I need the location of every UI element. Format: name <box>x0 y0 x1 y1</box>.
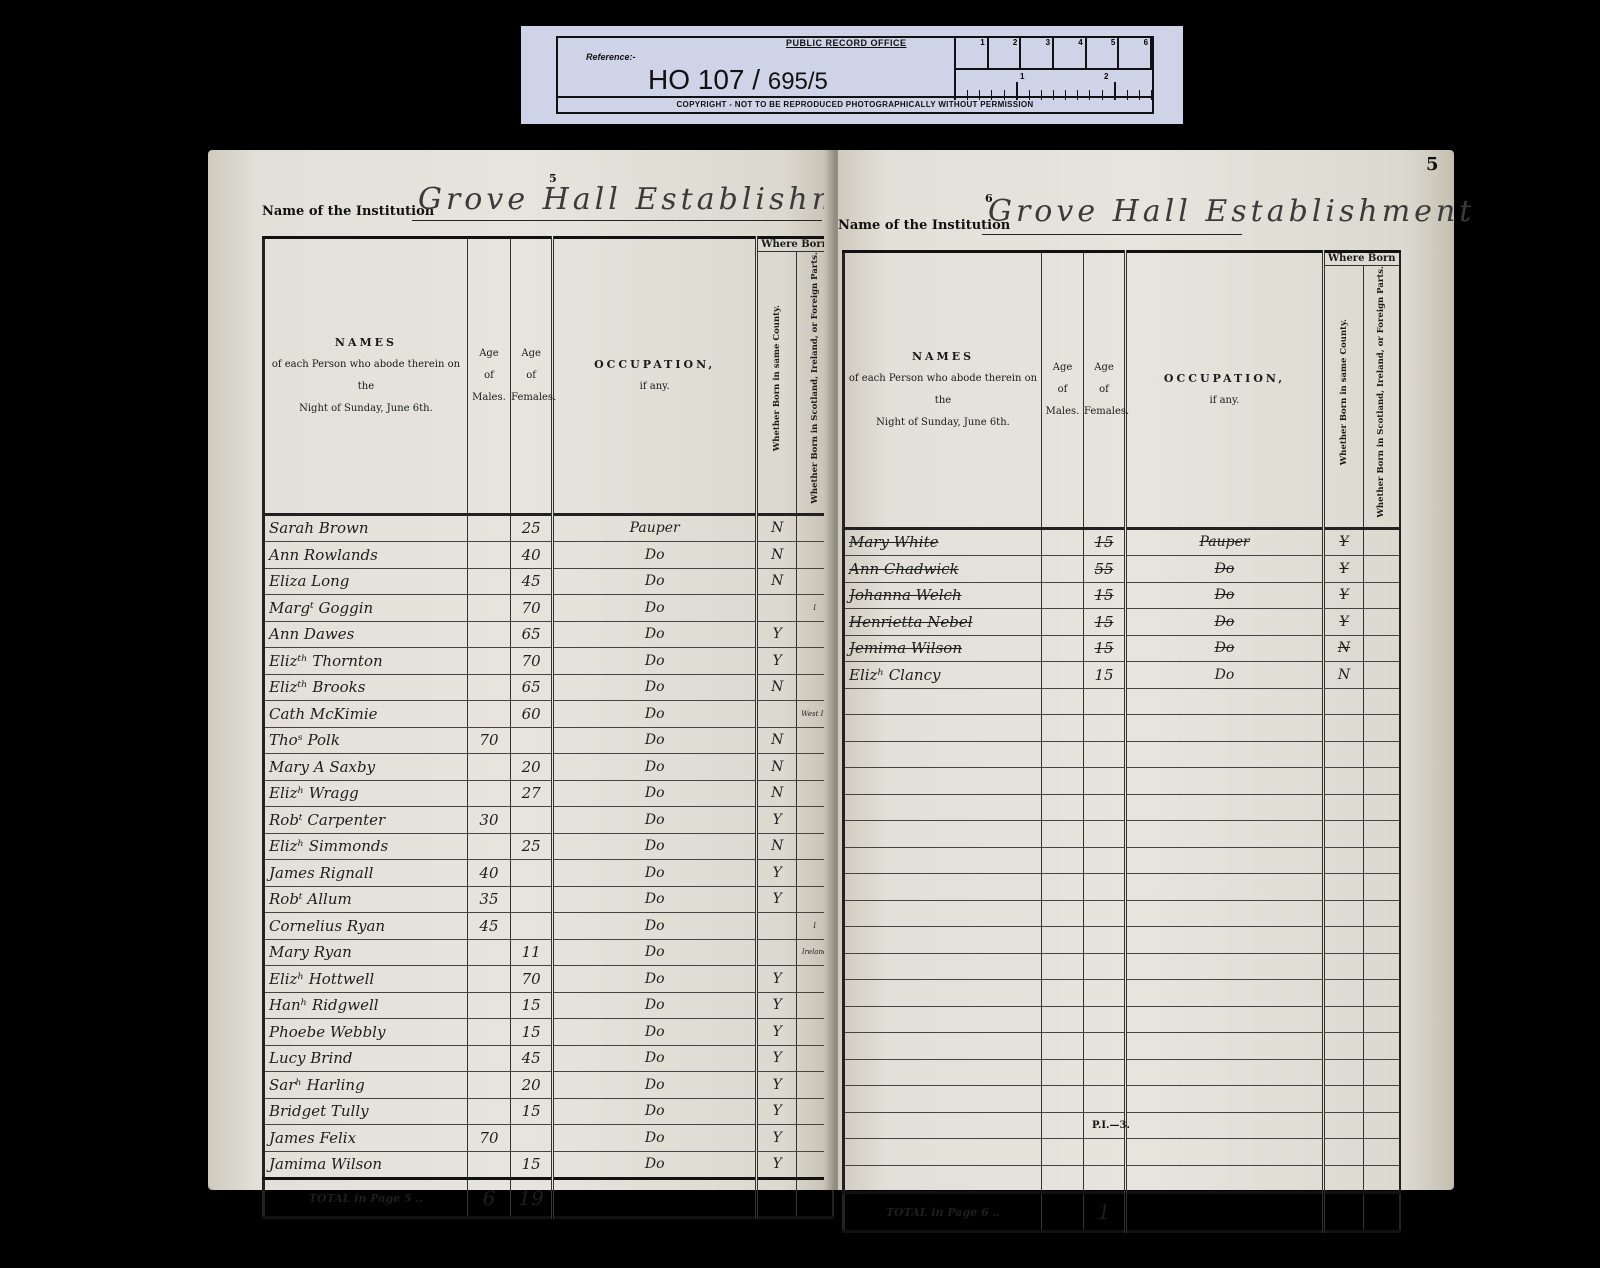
age-females-header: AgeofFemales. <box>1084 252 1126 529</box>
age-male: 30 <box>467 807 510 834</box>
age-female: 25 <box>511 833 553 860</box>
born-same-county: Y <box>1324 609 1364 636</box>
born-same-county <box>1324 688 1364 715</box>
born-foreign-parts <box>1364 927 1400 954</box>
names-title: NAMES <box>265 332 467 354</box>
age-female: 65 <box>511 621 553 648</box>
age-female <box>511 727 553 754</box>
age-male <box>467 1151 510 1179</box>
names-header: NAMES of each Person who abode therein o… <box>844 252 1042 529</box>
born-same-county <box>1324 821 1364 848</box>
born-same-county: Y <box>757 966 797 993</box>
table-row <box>844 874 1400 901</box>
census-book: Name of the Institution Grove Hall Estab… <box>208 150 1454 1190</box>
age-male <box>1042 900 1084 927</box>
born-foreign-parts <box>1364 1165 1400 1193</box>
occupation: Do <box>553 701 757 728</box>
age-male <box>1042 927 1084 954</box>
occupation <box>1126 874 1324 901</box>
institution-underline <box>412 220 822 221</box>
age-female <box>1084 1165 1126 1193</box>
table-row: Cornelius Ryan45DoI <box>264 913 834 940</box>
born-same-county <box>757 939 797 966</box>
table-row: Jemima Wilson15DoN <box>844 635 1400 662</box>
born-same-county: Y <box>757 886 797 913</box>
names-subtitle-date: Night of Sunday, June 6th. <box>845 412 1041 434</box>
person-name <box>844 688 1042 715</box>
person-name: Hanʰ Ridgwell <box>264 992 468 1019</box>
age-female: 15 <box>1084 582 1126 609</box>
born-same-county: N <box>757 780 797 807</box>
folio-number: 5 <box>1426 154 1439 175</box>
person-name <box>844 1086 1042 1113</box>
occupation <box>1126 1033 1324 1060</box>
scale-ruler: 1 2 3 4 5 6 1 2 <box>954 38 1152 100</box>
age-female: 15 <box>1084 662 1126 689</box>
institution-label: Name of the Institution <box>838 218 1010 233</box>
occupation <box>1126 821 1324 848</box>
occupation: Do <box>1126 635 1324 662</box>
total-males <box>1042 1193 1084 1232</box>
occupation <box>1126 1059 1324 1086</box>
names-title: NAMES <box>845 346 1041 368</box>
age-female <box>511 913 553 940</box>
occupation <box>1126 847 1324 874</box>
reference-frame: PUBLIC RECORD OFFICE Reference:- HO 107 … <box>556 36 1154 114</box>
occupation <box>1126 1165 1324 1193</box>
person-name: Robᵗ Allum <box>264 886 468 913</box>
reference-series: HO 107 / <box>648 64 760 95</box>
total-blank <box>1364 1193 1400 1232</box>
age-female: 60 <box>511 701 553 728</box>
born-foreign-parts <box>1364 1086 1400 1113</box>
occupation: Pauper <box>1126 528 1324 556</box>
ruler-mark: 4 <box>1054 38 1087 68</box>
age-female <box>511 807 553 834</box>
born-same-county <box>1324 1086 1364 1113</box>
record-office-title: PUBLIC RECORD OFFICE <box>786 38 907 48</box>
born-same-county: Y <box>1324 556 1364 583</box>
occupation: Do <box>553 595 757 622</box>
table-row: Elizᵗʰ Thornton70DoY <box>264 648 834 675</box>
born-same-county: N <box>757 542 797 569</box>
born-same-county <box>1324 953 1364 980</box>
table-row: Bridget Tully15DoY <box>264 1098 834 1125</box>
born-same-county: Y <box>757 1151 797 1179</box>
born-same-county <box>1324 847 1364 874</box>
age-female: 25 <box>511 514 553 542</box>
age-female <box>1084 1033 1126 1060</box>
age-male <box>1042 582 1084 609</box>
age-male <box>1042 741 1084 768</box>
age-female <box>1084 847 1126 874</box>
age-male <box>467 595 510 622</box>
total-label: TOTAL in Page 5 .. <box>264 1179 468 1218</box>
total-blank <box>1324 1193 1364 1232</box>
born-foreign-parts <box>1364 528 1400 556</box>
age-female <box>1084 768 1126 795</box>
age-female <box>1084 874 1126 901</box>
born-foreign-parts <box>1364 900 1400 927</box>
same-county-header: Whether Born in same County. <box>757 252 797 515</box>
total-blank <box>1126 1193 1324 1232</box>
born-foreign-parts <box>1364 953 1400 980</box>
table-row: Elizʰ Clancy15DoN <box>844 662 1400 689</box>
age-males-header: AgeofMales. <box>1042 252 1084 529</box>
institution-label: Name of the Institution <box>262 204 434 219</box>
person-name <box>844 1139 1042 1166</box>
person-name <box>844 900 1042 927</box>
table-row: Lucy Brind45DoY <box>264 1045 834 1072</box>
table-row <box>844 1086 1400 1113</box>
age-female: 70 <box>511 595 553 622</box>
age-female: 15 <box>511 992 553 1019</box>
age-female: 15 <box>1084 635 1126 662</box>
born-foreign-parts <box>1364 1059 1400 1086</box>
occupation <box>1126 1086 1324 1113</box>
occupation: Do <box>553 939 757 966</box>
names-header: NAMES of each Person who abode therein o… <box>264 238 468 515</box>
born-same-county: Y <box>757 1045 797 1072</box>
ruler-mark: 3 <box>1021 38 1054 68</box>
age-male: 45 <box>467 913 510 940</box>
age-female: 45 <box>511 568 553 595</box>
occupation-header: OCCUPATION, if any. <box>1126 252 1324 529</box>
table-row: Cath McKimie60DoWest Indies <box>264 701 834 728</box>
person-name: Ann Dawes <box>264 621 468 648</box>
where-born-header: Where Born <box>1324 252 1400 266</box>
person-name: Ann Rowlands <box>264 542 468 569</box>
table-row <box>844 794 1400 821</box>
person-name: Cornelius Ryan <box>264 913 468 940</box>
occupation: Do <box>553 913 757 940</box>
table-row <box>844 847 1400 874</box>
table-row: Ann Chadwick55DoY <box>844 556 1400 583</box>
age-male <box>467 674 510 701</box>
occupation-title: OCCUPATION, <box>1127 368 1322 390</box>
reference-slip: PUBLIC RECORD OFFICE Reference:- HO 107 … <box>521 26 1183 124</box>
table-row <box>844 1165 1400 1193</box>
age-male <box>1042 1086 1084 1113</box>
occupation: Do <box>1126 556 1324 583</box>
age-male <box>467 621 510 648</box>
occupation: Do <box>1126 609 1324 636</box>
age-male <box>1042 556 1084 583</box>
occupation <box>1126 794 1324 821</box>
age-male: 70 <box>467 1125 510 1152</box>
ruler-mark: 2 <box>989 38 1022 68</box>
age-male <box>467 939 510 966</box>
born-foreign-parts <box>1364 980 1400 1007</box>
table-row: Mary A Saxby20DoN <box>264 754 834 781</box>
person-name: Phoebe Webbly <box>264 1019 468 1046</box>
occupation: Do <box>1126 582 1324 609</box>
age-male: 40 <box>467 860 510 887</box>
person-name: Sarah Brown <box>264 514 468 542</box>
table-row: Jamima Wilson15DoY <box>264 1151 834 1179</box>
person-name: Cath McKimie <box>264 701 468 728</box>
born-same-county <box>757 595 797 622</box>
person-name: Mary White <box>844 528 1042 556</box>
table-row: Mary White15PauperY <box>844 528 1400 556</box>
occupation: Do <box>553 833 757 860</box>
table-row: Elizᵗʰ Brooks65DoN <box>264 674 834 701</box>
age-male <box>1042 528 1084 556</box>
age-female <box>1084 1086 1126 1113</box>
census-table-right: NAMES of each Person who abode therein o… <box>842 250 1401 1233</box>
table-row: Thoˢ Polk70DoN <box>264 727 834 754</box>
born-same-county: Y <box>757 1098 797 1125</box>
institution-underline <box>982 234 1242 235</box>
page-number: 5 <box>549 172 557 185</box>
age-female <box>1084 1006 1126 1033</box>
born-foreign-parts <box>1364 741 1400 768</box>
born-same-county: N <box>757 514 797 542</box>
age-female <box>1084 900 1126 927</box>
occupation-header: OCCUPATION, if any. <box>553 238 757 515</box>
census-table-left: NAMES of each Person who abode therein o… <box>262 236 834 1219</box>
person-name: Bridget Tully <box>264 1098 468 1125</box>
born-same-county: N <box>757 727 797 754</box>
born-foreign-parts <box>1364 609 1400 636</box>
person-name <box>844 768 1042 795</box>
age-female: 55 <box>1084 556 1126 583</box>
born-same-county <box>757 913 797 940</box>
table-row <box>844 900 1400 927</box>
age-female <box>1084 980 1126 1007</box>
names-subtitle-date: Night of Sunday, June 6th. <box>265 398 467 420</box>
person-name <box>844 794 1042 821</box>
table-row: Elizʰ Wragg27DoN <box>264 780 834 807</box>
person-name <box>844 847 1042 874</box>
person-name <box>844 980 1042 1007</box>
table-row <box>844 927 1400 954</box>
born-same-county: N <box>1324 635 1364 662</box>
table-row <box>844 1059 1400 1086</box>
table-row: Eliza Long45DoN <box>264 568 834 595</box>
born-same-county: N <box>1324 662 1364 689</box>
age-male <box>1042 635 1084 662</box>
born-foreign-parts <box>1364 662 1400 689</box>
ruler-mark: 1 <box>956 38 989 68</box>
age-female <box>1084 1139 1126 1166</box>
foreign-parts-header: Whether Born in Scotland, Ireland, or Fo… <box>1364 266 1400 529</box>
age-male <box>467 966 510 993</box>
age-male <box>467 992 510 1019</box>
age-female <box>1084 741 1126 768</box>
born-same-county: N <box>757 754 797 781</box>
right-page: Name of the Institution Grove Hall Estab… <box>838 150 1454 1190</box>
occupation <box>1126 1006 1324 1033</box>
age-male <box>467 1098 510 1125</box>
occupation: Do <box>553 754 757 781</box>
age-female: 15 <box>1084 609 1126 636</box>
age-female <box>1084 953 1126 980</box>
age-male <box>1042 609 1084 636</box>
same-county-header: Whether Born in same County. <box>1324 266 1364 529</box>
born-foreign-parts <box>1364 874 1400 901</box>
age-female: 45 <box>511 1045 553 1072</box>
age-female: 70 <box>511 648 553 675</box>
born-same-county: Y <box>757 860 797 887</box>
born-same-county: Y <box>757 992 797 1019</box>
occupation: Do <box>553 1151 757 1179</box>
occupation: Do <box>553 860 757 887</box>
born-same-county <box>1324 1165 1364 1193</box>
age-male <box>1042 715 1084 742</box>
born-same-county: N <box>757 568 797 595</box>
person-name: Eliza Long <box>264 568 468 595</box>
born-same-county <box>1324 980 1364 1007</box>
age-female: 15 <box>511 1098 553 1125</box>
age-male <box>1042 953 1084 980</box>
table-row: Elizʰ Simmonds25DoN <box>264 833 834 860</box>
occupation-subtitle: if any. <box>1127 390 1322 412</box>
age-female: 15 <box>511 1019 553 1046</box>
age-male <box>1042 688 1084 715</box>
occupation-subtitle: if any. <box>554 376 755 398</box>
born-same-county: Y <box>1324 582 1364 609</box>
table-row: Margᵗ Goggin70DoI <box>264 595 834 622</box>
total-label: TOTAL in Page 6 .. <box>844 1193 1042 1232</box>
age-female <box>1084 927 1126 954</box>
person-name: Thoˢ Polk <box>264 727 468 754</box>
occupation: Do <box>553 966 757 993</box>
table-row: Ann Dawes65DoY <box>264 621 834 648</box>
occupation: Do <box>553 807 757 834</box>
age-male <box>467 648 510 675</box>
age-female <box>1084 715 1126 742</box>
person-name: Mary Ryan <box>264 939 468 966</box>
person-name: Elizʰ Clancy <box>844 662 1042 689</box>
age-female: 65 <box>511 674 553 701</box>
table-row: Robᵗ Allum35DoY <box>264 886 834 913</box>
born-same-county: Y <box>757 1072 797 1099</box>
occupation: Do <box>553 621 757 648</box>
born-same-county <box>1324 741 1364 768</box>
born-foreign-parts <box>1364 1033 1400 1060</box>
born-same-county <box>1324 1033 1364 1060</box>
ruler-mark: 5 <box>1087 38 1120 68</box>
names-subtitle: of each Person who abode therein on the <box>845 368 1041 412</box>
person-name <box>844 927 1042 954</box>
age-male <box>1042 1139 1084 1166</box>
age-male <box>467 1019 510 1046</box>
person-name: James Rignall <box>264 860 468 887</box>
age-male <box>467 701 510 728</box>
age-female <box>1084 688 1126 715</box>
born-foreign-parts <box>1364 1006 1400 1033</box>
age-female: 20 <box>511 754 553 781</box>
person-name: Johanna Welch <box>844 582 1042 609</box>
age-male <box>1042 1059 1084 1086</box>
born-same-county <box>1324 927 1364 954</box>
table-row: Sarʰ Harling20DoY <box>264 1072 834 1099</box>
table-row: Henrietta Nebel15DoY <box>844 609 1400 636</box>
table-row <box>844 768 1400 795</box>
occupation <box>1126 927 1324 954</box>
total-row: TOTAL in Page 6 ..1 <box>844 1193 1400 1232</box>
person-name: Elizʰ Wragg <box>264 780 468 807</box>
born-same-county: N <box>757 674 797 701</box>
person-name: Elizᵗʰ Brooks <box>264 674 468 701</box>
person-name: Jamima Wilson <box>264 1151 468 1179</box>
left-page: Name of the Institution Grove Hall Estab… <box>208 150 834 1190</box>
age-female <box>1084 794 1126 821</box>
occupation <box>1126 1139 1324 1166</box>
table-row <box>844 715 1400 742</box>
table-row <box>844 741 1400 768</box>
age-female: 40 <box>511 542 553 569</box>
occupation: Pauper <box>553 514 757 542</box>
born-same-county <box>1324 874 1364 901</box>
born-same-county <box>1324 1059 1364 1086</box>
occupation: Do <box>553 568 757 595</box>
age-female <box>511 886 553 913</box>
person-name <box>844 1059 1042 1086</box>
person-name <box>844 1165 1042 1193</box>
born-foreign-parts <box>1364 847 1400 874</box>
born-foreign-parts <box>1364 768 1400 795</box>
total-blank <box>757 1179 797 1218</box>
person-name: Elizᵗʰ Thornton <box>264 648 468 675</box>
table-row: James Felix70DoY <box>264 1125 834 1152</box>
age-female <box>1084 821 1126 848</box>
table-row <box>844 1139 1400 1166</box>
born-foreign-parts <box>1364 715 1400 742</box>
age-female: 15 <box>1084 528 1126 556</box>
occupation <box>1126 688 1324 715</box>
occupation: Do <box>1126 662 1324 689</box>
table-row <box>844 1033 1400 1060</box>
occupation <box>1126 715 1324 742</box>
person-name <box>844 1006 1042 1033</box>
born-same-county: Y <box>757 807 797 834</box>
table-row <box>844 980 1400 1007</box>
born-same-county: Y <box>757 648 797 675</box>
institution-name: Grove Hall Establishment <box>988 194 1475 229</box>
age-male <box>1042 1033 1084 1060</box>
born-same-county <box>757 701 797 728</box>
total-row: TOTAL in Page 5 ..619 <box>264 1179 834 1218</box>
occupation: Do <box>553 542 757 569</box>
born-foreign-parts <box>1364 794 1400 821</box>
table-row: Robᵗ Carpenter30DoY <box>264 807 834 834</box>
person-name <box>844 1112 1042 1139</box>
age-female: 11 <box>511 939 553 966</box>
occupation <box>1126 900 1324 927</box>
age-male: 35 <box>467 886 510 913</box>
age-female: 20 <box>511 1072 553 1099</box>
occupation: Do <box>553 674 757 701</box>
table-row: Elizʰ Hottwell70DoY <box>264 966 834 993</box>
age-males-header: AgeofMales. <box>467 238 510 515</box>
age-male <box>467 542 510 569</box>
person-name: James Felix <box>264 1125 468 1152</box>
person-name <box>844 953 1042 980</box>
born-same-county: Y <box>757 1125 797 1152</box>
age-male <box>467 568 510 595</box>
person-name <box>844 821 1042 848</box>
age-female <box>1084 1059 1126 1086</box>
occupation <box>1126 980 1324 1007</box>
age-male <box>1042 662 1084 689</box>
person-name <box>844 715 1042 742</box>
total-females: 1 <box>1084 1193 1126 1232</box>
occupation <box>1126 768 1324 795</box>
copyright-notice: COPYRIGHT - NOT TO BE REPRODUCED PHOTOGR… <box>558 96 1152 112</box>
age-male <box>1042 874 1084 901</box>
